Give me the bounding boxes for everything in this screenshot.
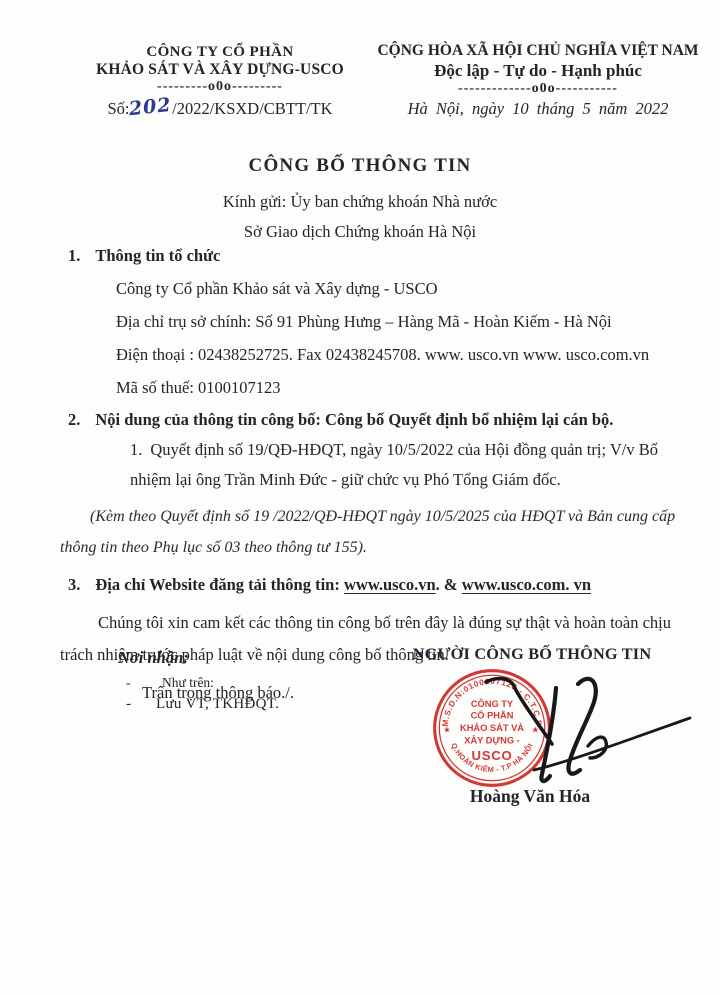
list-dash-1: -: [126, 675, 140, 691]
section3-heading: 3.Địa chỉ Website đăng tải thông tin: ww…: [60, 575, 682, 595]
document-number: Số:202/2022/KSXD/CBTT/TK: [62, 97, 378, 119]
section2-number: 2.: [68, 410, 80, 429]
section3-number: 3.: [68, 575, 80, 594]
distribution-item-1-text: Như trên:: [162, 675, 214, 691]
org-address-line: Địa chỉ trụ sở chính: Số 91 Phùng Hưng –…: [116, 311, 682, 333]
list-dash-2: -: [126, 696, 140, 713]
document-body: 1.Thông tin tổ chức Công ty Cổ phần Khảo…: [60, 246, 682, 705]
distribution-list: Nơi nhận: -Như trên: -Lưu VT, TKHĐQT.: [118, 648, 279, 713]
national-title: CỘNG HÒA XÃ HỘI CHỦ NGHĨA VIỆT NAM: [372, 42, 704, 60]
section1-heading: 1.Thông tin tổ chức: [60, 246, 682, 266]
document-number-prefix: Số:: [107, 99, 129, 118]
header-right-divider: -------------o0o-----------: [372, 81, 704, 96]
section2-heading-text: Nội dung của thông tin công bố: Công bố …: [95, 410, 613, 429]
header-left-divider: ---------o0o---------: [62, 79, 378, 94]
national-motto-block: CỘNG HÒA XÃ HỘI CHỦ NGHĨA VIỆT NAM Độc l…: [372, 42, 704, 119]
handwritten-signature: [438, 648, 700, 798]
distribution-item-1: -Như trên:: [118, 675, 279, 691]
signer-name: Hoàng Văn Hóa: [400, 786, 660, 807]
document-number-suffix: /2022/KSXD/CBTT/TK: [172, 99, 332, 118]
section2-attachment-note: (Kèm theo Quyết định số 19 /2022/QĐ-HĐQT…: [60, 501, 682, 563]
company-name-line1: CÔNG TY CỔ PHẦN: [62, 44, 378, 61]
org-taxcode-line: Mã số thuế: 0100107123: [116, 377, 682, 399]
org-name-line: Công ty Cổ phần Khảo sát và Xây dựng - U…: [116, 278, 682, 300]
distribution-item-2-text: Lưu VT, TKHĐQT.: [156, 696, 279, 713]
section1-number: 1.: [68, 246, 80, 265]
national-motto: Độc lập - Tự do - Hạnh phúc: [372, 61, 704, 81]
section2-item-number: 1.: [130, 440, 142, 459]
date-line: Hà Nội, ngày 10 tháng 5 năm 2022: [372, 99, 704, 119]
section2-item: 1.Quyết định số 19/QĐ-HĐQT, ngày 10/5/20…: [60, 435, 682, 495]
section2-item-text: Quyết định số 19/QĐ-HĐQT, ngày 10/5/2022…: [130, 440, 658, 489]
section1-content: Công ty Cổ phần Khảo sát và Xây dựng - U…: [60, 278, 682, 399]
section3-separator: . &: [436, 575, 462, 594]
company-name-line2: KHẢO SÁT VÀ XÂY DỰNG-USCO: [62, 61, 378, 79]
distribution-item-2: -Lưu VT, TKHĐQT.: [118, 696, 279, 713]
website-url-1: www.usco.vn: [344, 575, 436, 594]
recipient-line-1: Kính gửi: Ủy ban chứng khoán Nhà nước: [0, 187, 720, 217]
org-phone-line: Điện thoại : 02438252725. Fax 0243824570…: [116, 344, 682, 366]
company-header-block: CÔNG TY CỔ PHẦN KHẢO SÁT VÀ XÂY DỰNG-USC…: [62, 44, 378, 119]
section3-heading-text: Địa chỉ Website đăng tải thông tin:: [95, 575, 344, 594]
website-url-2: www.usco.com. vn: [462, 575, 591, 594]
scanned-document-page: CÔNG TY CỔ PHẦN KHẢO SÁT VÀ XÂY DỰNG-USC…: [0, 0, 720, 995]
distribution-label: Nơi nhận:: [118, 648, 279, 668]
section1-heading-text: Thông tin tổ chức: [95, 246, 220, 265]
handwritten-document-number: 202: [128, 94, 173, 120]
document-title: CÔNG BỐ THÔNG TIN: [0, 155, 720, 177]
recipient-line-2: Sở Giao dịch Chứng khoán Hà Nội: [0, 217, 720, 247]
recipients-block: Kính gửi: Ủy ban chứng khoán Nhà nước Sở…: [0, 187, 720, 247]
section2-heading: 2.Nội dung của thông tin công bố: Công b…: [60, 410, 682, 430]
